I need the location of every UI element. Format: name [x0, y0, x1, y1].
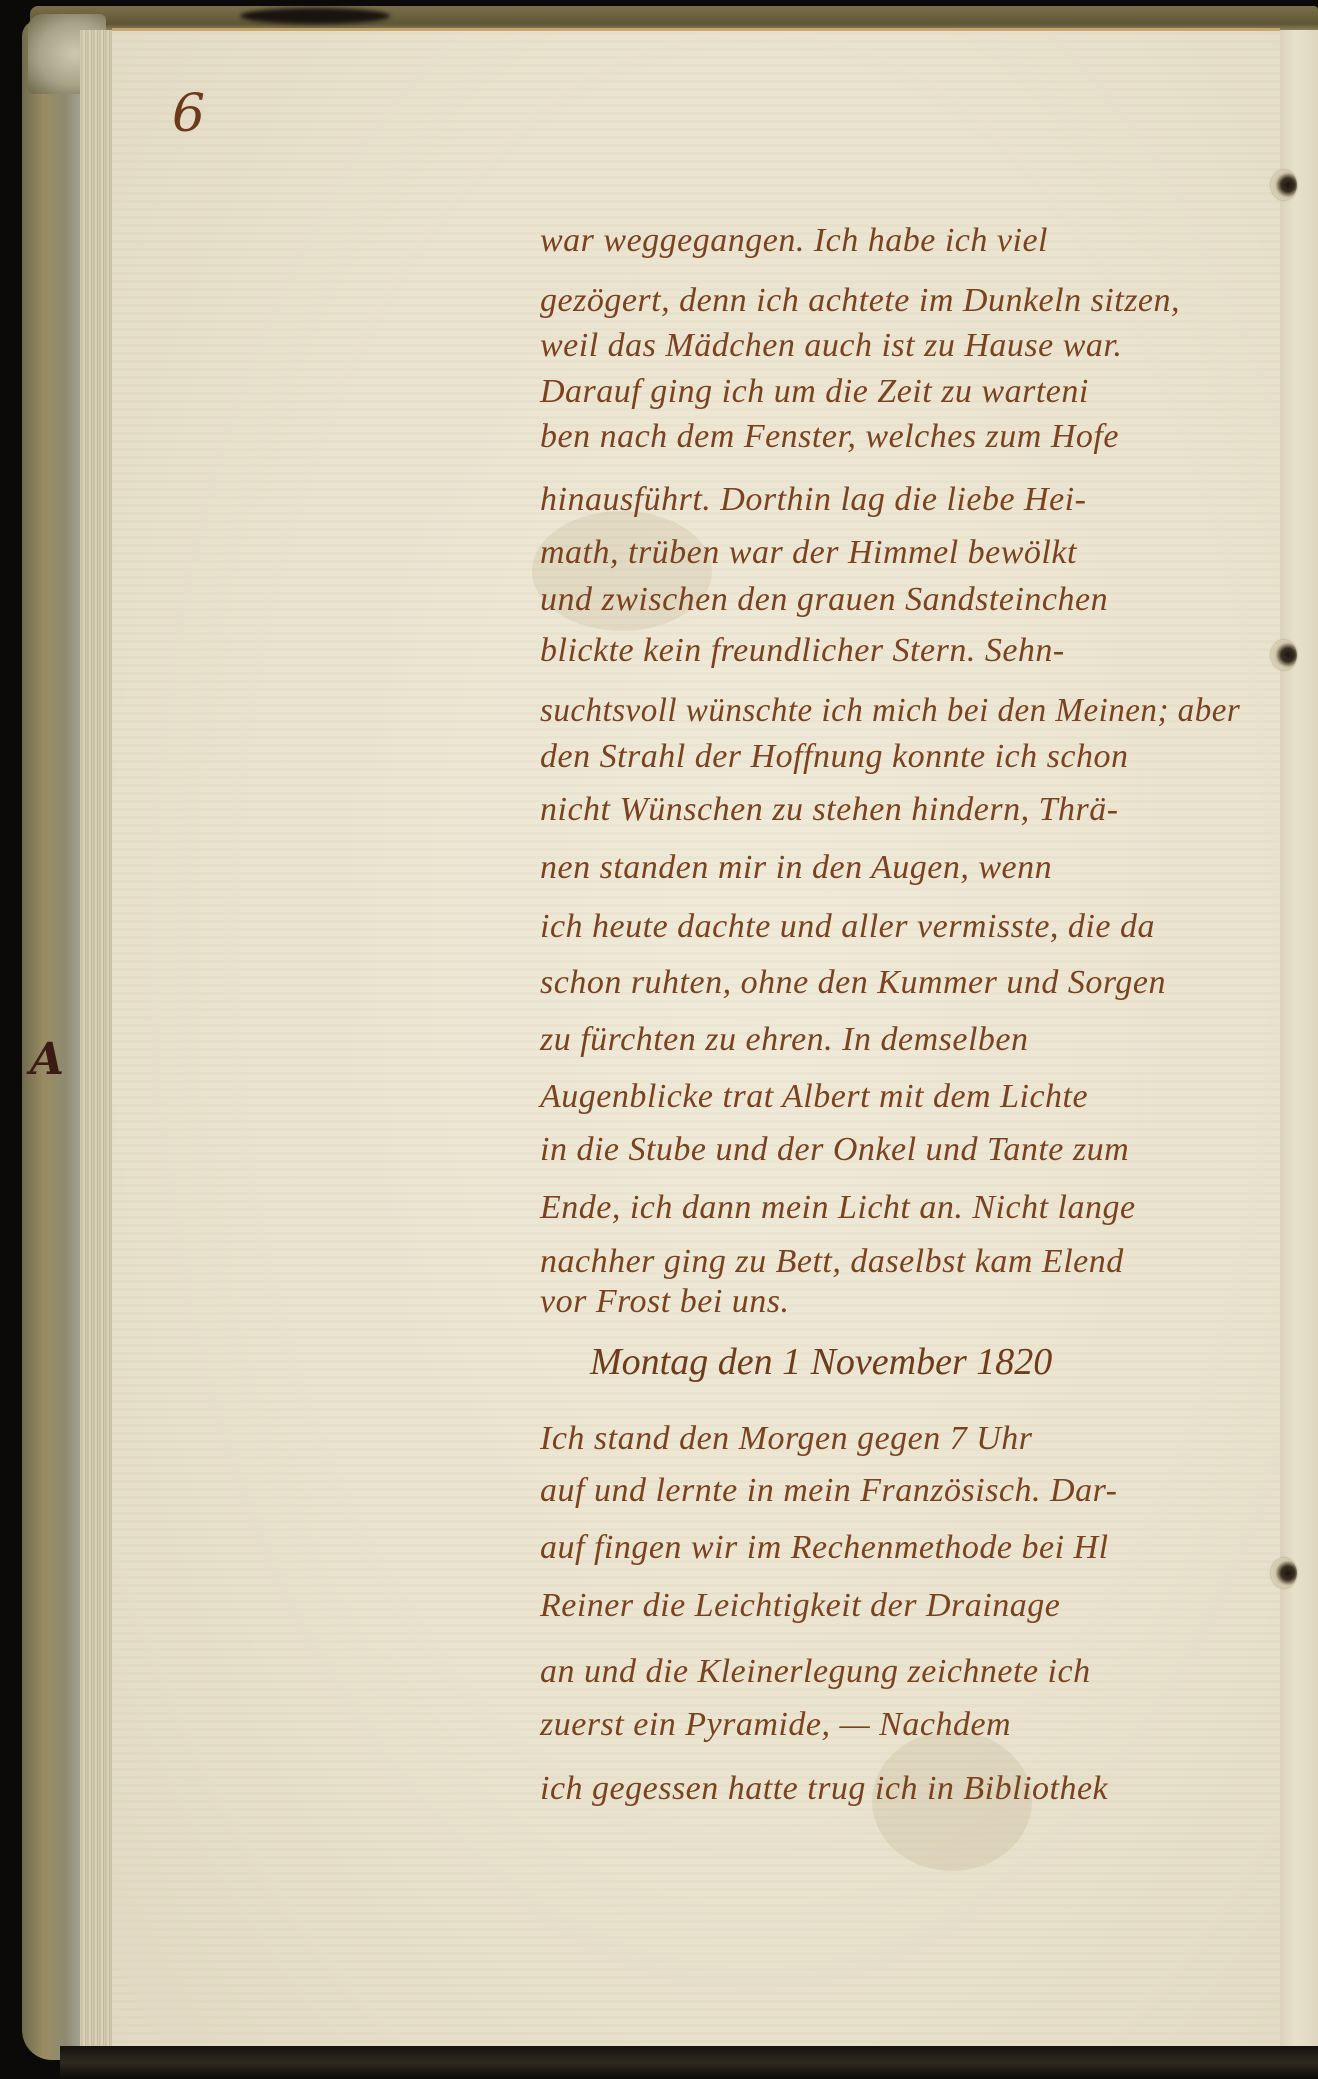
text-line: Darauf ging ich um die Zeit zu warteni: [540, 373, 1089, 411]
binding-hole: [1271, 640, 1297, 670]
entry-date-heading: Montag den 1 November 1820: [590, 1340, 1052, 1384]
text-line: Ende, ich dann mein Licht an. Nicht lang…: [540, 1189, 1136, 1227]
text-line: den Strahl der Hoffnung konnte ich schon: [540, 738, 1128, 776]
text-line: zu fürchten zu ehren. In demselben: [540, 1021, 1028, 1059]
text-line: und zwischen den grauen Sandsteinchen: [540, 581, 1108, 619]
binding-hole: [1271, 1558, 1297, 1588]
text-line: gezögert, denn ich achtete im Dunkeln si…: [540, 282, 1180, 320]
spine-letter-mark: A: [22, 1030, 72, 1090]
text-line: hinausführt. Dorthin lag die liebe Hei-: [540, 481, 1086, 519]
text-line: ich heute dachte und aller vermisste, di…: [540, 908, 1155, 946]
text-line: vor Frost bei uns.: [540, 1283, 790, 1321]
text-line: Reiner die Leichtigkeit der Drainage: [540, 1587, 1060, 1625]
text-line: ben nach dem Fenster, welches zum Hofe: [540, 418, 1119, 456]
cover-tear: [240, 8, 390, 24]
text-line: suchtsvoll wünschte ich mich bei den Mei…: [540, 692, 1240, 730]
text-line: auf und lernte in mein Französisch. Dar-: [540, 1472, 1117, 1510]
text-line: zuerst ein Pyramide, — Nachdem: [540, 1706, 1011, 1744]
text-line: Augenblicke trat Albert mit dem Lichte: [540, 1078, 1088, 1116]
adjacent-page-edge: [1278, 30, 1318, 2050]
text-line: blickte kein freundlicher Stern. Sehn-: [540, 632, 1065, 670]
text-line: an und die Kleinerlegung zeichnete ich: [540, 1653, 1091, 1691]
text-line: Ich stand den Morgen gegen 7 Uhr: [540, 1420, 1033, 1458]
text-line: nicht Wünschen zu stehen hindern, Thrä-: [540, 791, 1119, 829]
text-line: nen standen mir in den Augen, wenn: [540, 849, 1052, 887]
text-line: weil das Mädchen auch ist zu Hause war.: [540, 327, 1122, 365]
book-bottom-edge: [60, 2046, 1318, 2079]
text-line: ich gegessen hatte trug ich in Bibliothe…: [540, 1770, 1108, 1808]
text-line: nachher ging zu Bett, daselbst kam Elend: [540, 1243, 1124, 1281]
text-line: math, trüben war der Himmel bewölkt: [540, 534, 1077, 572]
text-line: war weggegangen. Ich habe ich viel: [540, 222, 1048, 260]
page-number: 6: [172, 84, 205, 144]
text-line: in die Stube und der Onkel und Tante zum: [540, 1131, 1129, 1169]
text-line: auf fingen wir im Rechenmethode bei Hl: [540, 1529, 1109, 1567]
binding-hole: [1271, 170, 1297, 200]
text-line: schon ruhten, ohne den Kummer und Sorgen: [540, 964, 1166, 1002]
